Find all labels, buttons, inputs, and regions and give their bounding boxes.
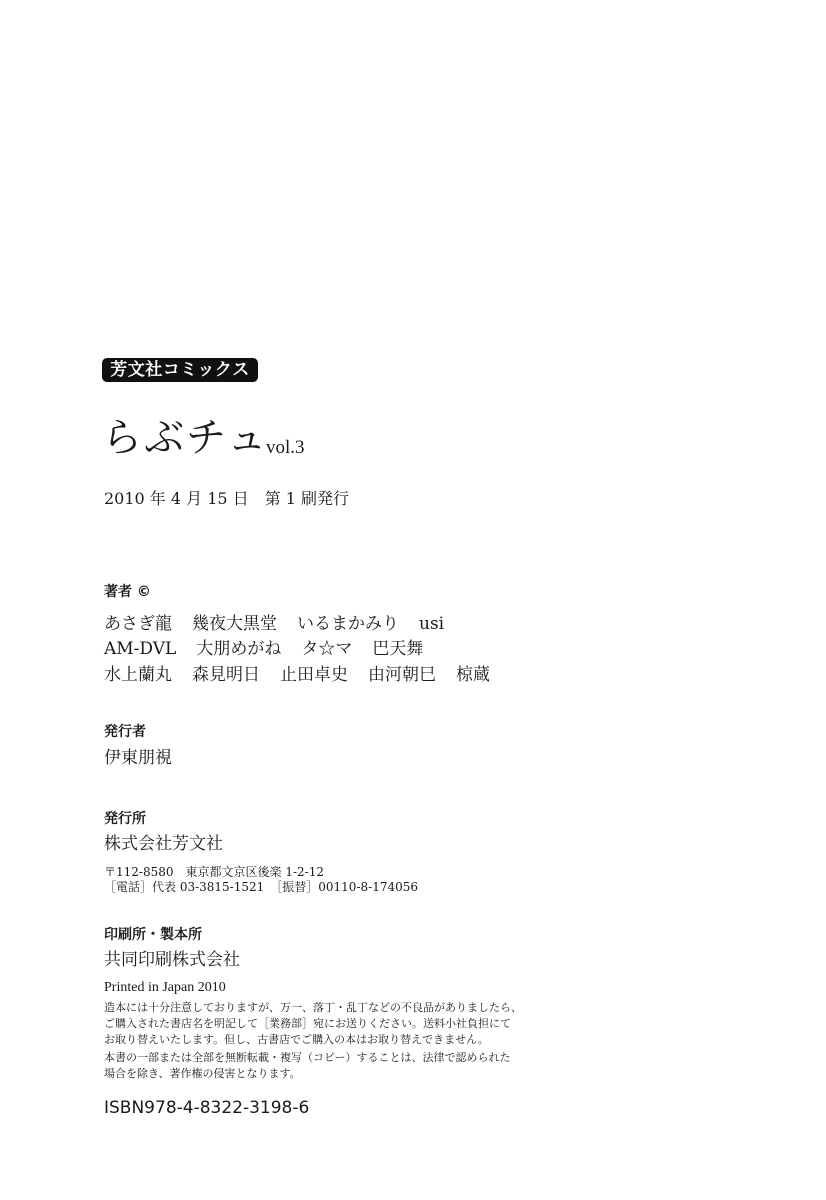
printed-in: Printed in Japan 2010	[104, 979, 226, 997]
author-name: あさぎ龍	[104, 612, 172, 636]
author-name: 大朋めがね	[196, 637, 281, 661]
isbn: ISBN978-4-8322-3198-6	[104, 1097, 309, 1119]
author-name: usi	[419, 612, 444, 636]
author-name: いるまかみり	[297, 612, 399, 636]
author-name: AM-DVL	[104, 637, 176, 661]
authors-row-2: AM-DVL 大朋めがね タ☆マ 巴天舞	[104, 637, 423, 661]
volume-number: vol.3	[266, 436, 305, 460]
author-name: タ☆マ	[301, 637, 352, 661]
publisher-company-name: 株式会社芳文社	[104, 832, 223, 856]
book-title: らぶチュ	[102, 414, 269, 462]
author-name: 巴天舞	[372, 637, 423, 661]
author-name: 森見明日	[192, 663, 260, 687]
author-name: 幾夜大黒堂	[192, 612, 277, 636]
authors-row-3: 水上蘭丸 森見明日 止田卓史 由河朝巳 椋蔵	[104, 663, 490, 687]
notice-line: 場合を除き、著作権の侵害となります。	[104, 1066, 301, 1082]
notice-line: ご購入された書店名を明記して［業務部］宛にお送りください。送料小社負担にて	[104, 1016, 511, 1032]
printer-heading: 印刷所・製本所	[104, 926, 202, 944]
author-name: 由河朝巳	[368, 663, 436, 687]
publish-date: 2010 年 4 月 15 日 第 1 刷発行	[104, 488, 349, 510]
notice-line: お取り替えいたします。但し、古書店でご購入の本はお取り替えできません。	[104, 1032, 489, 1048]
publisher-phones: ［電話］代表 03-3815-1521 ［振替］00110-8-174056	[104, 879, 418, 895]
author-name: 止田卓史	[280, 663, 348, 687]
notice-line: 本書の一部または全部を無断転載・複写（コピー）することは、法律で認められた	[104, 1050, 511, 1066]
imprint-label: 芳文社コミックス	[102, 358, 258, 382]
author-name: 椋蔵	[456, 663, 490, 687]
notice-line: 造本には十分注意しておりますが、万一、落丁・乱丁などの不良品がありましたら、	[104, 1000, 522, 1016]
publisher-address: 〒112-8580 東京都文京区後楽 1-2-12	[104, 864, 324, 880]
authors-heading: 著者 ©	[104, 583, 151, 601]
publisher-person-heading: 発行者	[104, 723, 146, 741]
authors-row-1: あさぎ龍 幾夜大黒堂 いるまかみり usi	[104, 612, 444, 636]
publisher-company-heading: 発行所	[104, 810, 146, 828]
publisher-person-name: 伊東朋視	[104, 746, 172, 770]
printer-name: 共同印刷株式会社	[104, 948, 240, 972]
author-name: 水上蘭丸	[104, 663, 172, 687]
